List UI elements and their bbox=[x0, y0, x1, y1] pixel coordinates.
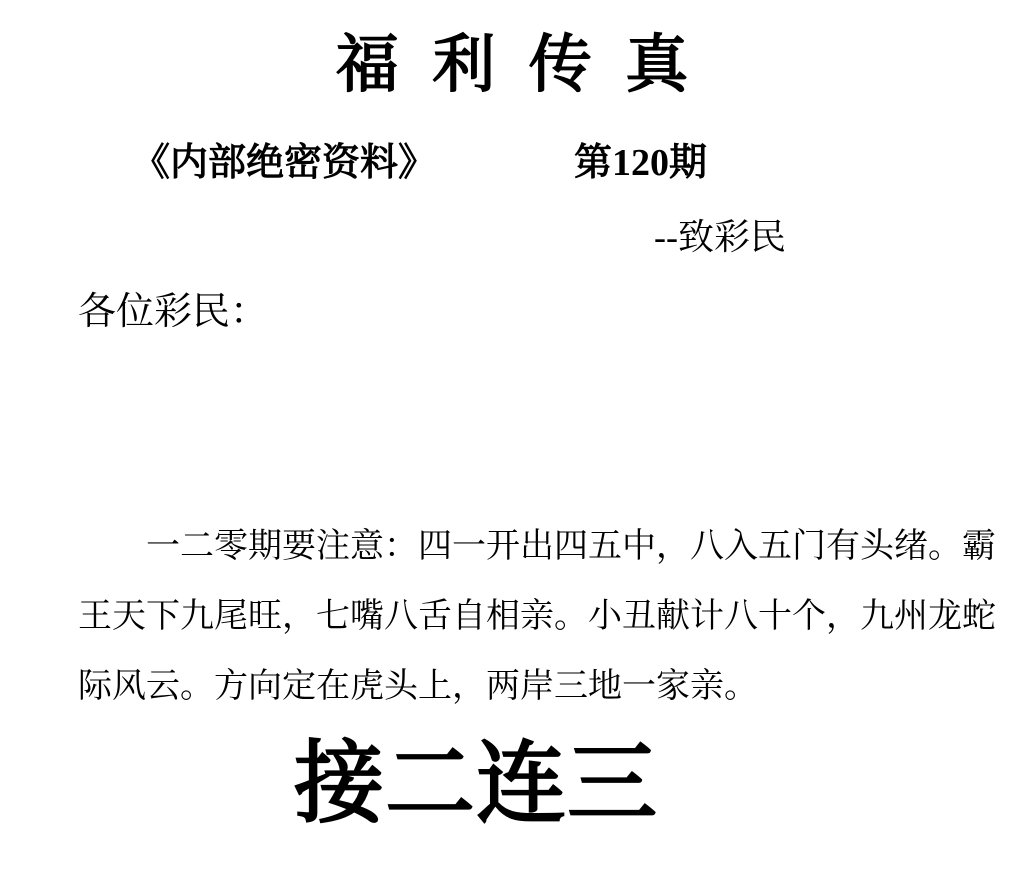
body-paragraph: 一二零期要注意：四一开出四五中，八入五门有头绪。霸 王天下九尾旺，七嘴八舌自相亲… bbox=[78, 512, 998, 722]
document-title: 福 利 传 真 bbox=[0, 30, 1024, 100]
issue-number: 第120期 bbox=[574, 141, 707, 185]
body-line-3: 际风云。方向定在虎头上，两岸三地一家亲。 bbox=[78, 652, 998, 722]
source-label: 《内部绝密资料》 bbox=[132, 141, 436, 185]
salutation-line: 各位彩民： bbox=[78, 290, 268, 334]
dedication-line: --致彩民 bbox=[654, 216, 786, 258]
fax-document-page: 福 利 传 真 《内部绝密资料》 第120期 --致彩民 各位彩民： 一二零期要… bbox=[0, 0, 1024, 888]
footer-slogan: 接二连三 bbox=[294, 737, 658, 833]
body-line-1: 一二零期要注意：四一开出四五中，八入五门有头绪。霸 bbox=[78, 512, 998, 582]
body-line-2: 王天下九尾旺，七嘴八舌自相亲。小丑献计八十个，九州龙蛇 bbox=[78, 582, 998, 652]
